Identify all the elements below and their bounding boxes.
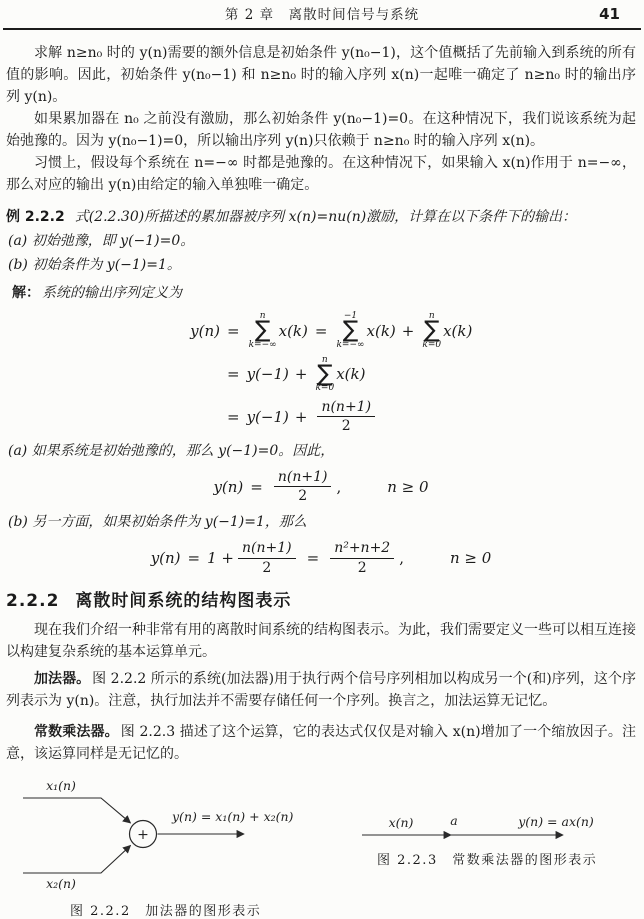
- page-header: 第 2 章 离散时间信号与系统 41: [0, 0, 644, 26]
- sum-argument: x(k): [367, 322, 396, 340]
- summation-symbol: n ∑ k=0: [422, 312, 441, 350]
- initial-term: y(−1): [247, 365, 289, 383]
- fraction: n²+n+2 2: [330, 540, 394, 575]
- equation-line-1: y(n) = n ∑ k=−∞ x(k) = −1 ∑ k=−∞ x(k) + …: [178, 312, 636, 350]
- example-intro: 式(2.2.30)所描述的累加器被序列 x(n)=nu(n)激励，计算在以下条件…: [75, 209, 576, 225]
- equals-sign: =: [250, 478, 263, 496]
- chapter-title: 第 2 章 离散时间信号与系统: [225, 7, 419, 23]
- solution-intro: 系统的输出序列定义为: [42, 285, 182, 301]
- equation-accumulator: y(n) = n ∑ k=−∞ x(k) = −1 ∑ k=−∞ x(k) + …: [178, 312, 636, 434]
- fraction-denominator: 2: [330, 558, 394, 576]
- eq-lhs: y(n): [178, 322, 220, 340]
- paragraph-initially-relaxed: 如果累加器在 n₀ 之前没有激励，那么初始条件 y(n₀−1)=0。在这种情况下…: [6, 108, 636, 152]
- paragraph-multiplier: 常数乘法器。图 2.2.3 描述了这个运算，它的表达式仅仅是对输入 x(n)增加…: [6, 721, 636, 765]
- equals-sign: =: [315, 322, 328, 340]
- sum-argument: x(k): [279, 322, 308, 340]
- fraction-numerator: n(n+1): [274, 469, 332, 486]
- sigma-glyph: ∑: [424, 321, 440, 341]
- page-content: 求解 n≥n₀ 时的 y(n)需要的额外信息是初始条件 y(n₀−1)，这个值概…: [0, 30, 644, 765]
- equals-sign: =: [227, 408, 240, 426]
- comma: ,: [336, 478, 341, 496]
- sum-argument: x(k): [336, 365, 365, 383]
- section-title: 离散时间系统的结构图表示: [75, 590, 291, 612]
- plus-icon: +: [137, 827, 149, 843]
- summation-symbol: n ∑ k=−∞: [249, 312, 277, 350]
- eq-lhs: y(n): [151, 549, 181, 567]
- equation-case-b: y(n) = 1 + n(n+1) 2 = n²+n+2 2 , n ≥ 0: [6, 540, 636, 575]
- example-item-a: (a) 初始弛豫，即 y(−1)=0。: [8, 230, 636, 252]
- sum-lower-limit: k=0: [422, 341, 441, 350]
- plus-sign: +: [295, 365, 308, 383]
- sum-lower-limit: k=0: [315, 384, 334, 393]
- sigma-glyph: ∑: [317, 365, 333, 385]
- comma: ,: [399, 549, 404, 567]
- equation-line-2: = y(−1) + n ∑ k=0 x(k): [178, 356, 636, 394]
- fraction-numerator: n(n+1): [238, 540, 296, 557]
- summation-symbol: n ∑ k=0: [315, 356, 334, 394]
- adder-input2-label: x₂(n): [46, 876, 76, 891]
- sum-lower-limit: k=−∞: [336, 341, 364, 350]
- plus-sign: +: [295, 408, 308, 426]
- example-item-b: (b) 初始条件为 y(−1)=1。: [8, 254, 636, 276]
- sigma-glyph: ∑: [255, 321, 271, 341]
- equals-sign: =: [227, 365, 240, 383]
- fraction-denominator: 2: [317, 416, 375, 434]
- summation-symbol: −1 ∑ k=−∞: [336, 312, 364, 350]
- equals-sign: =: [307, 549, 320, 567]
- multiplier-diagram: x(n) a y(n) = ax(n): [340, 800, 640, 848]
- adder-output-label: y(n) = x₁(n) + x₂(n): [171, 809, 294, 824]
- equation-line-3: = y(−1) + n(n+1) 2: [178, 399, 636, 434]
- figures-area: x₁(n) + y(n) = x₁(n) + x₂(n) x₂(n) 图 2.2…: [0, 775, 644, 919]
- eq-lhs: y(n): [213, 478, 243, 496]
- fraction-denominator: 2: [238, 558, 296, 576]
- paragraph-structure-intro: 现在我们介绍一种非常有用的离散时间系统的结构图表示。为此，我们需要定义一些可以相…: [6, 619, 636, 663]
- multiplier-figure-caption: 图 2.2.3 常数乘法器的图形表示: [377, 850, 597, 872]
- adder-diagram: x₁(n) + y(n) = x₁(n) + x₂(n) x₂(n): [8, 775, 320, 903]
- fraction-numerator: n²+n+2: [330, 540, 394, 557]
- paragraph-convention: 习惯上，假设每个系统在 n=−∞ 时都是弛豫的。在这种情况下，如果输入 x(n)…: [6, 152, 636, 196]
- adder-figure-caption: 图 2.2.2 加法器的图形表示: [70, 901, 261, 919]
- fraction: n(n+1) 2: [317, 399, 375, 434]
- fraction-numerator: n(n+1): [317, 399, 375, 416]
- case-b-text: (b) 另一方面，如果初始条件为 y(−1)=1，那么: [8, 511, 636, 533]
- adder-input1-arrow: [23, 798, 131, 823]
- multiplier-output-label: y(n) = ax(n): [517, 814, 594, 829]
- adder-input1-label: x₁(n): [46, 778, 76, 793]
- solution-line: 解：系统的输出序列定义为: [12, 282, 636, 304]
- paragraph-adder: 加法器。图 2.2.2 所示的系统(加法器)用于执行两个信号序列相加以构成另一个…: [6, 668, 636, 712]
- section-heading: 2.2.2 离散时间系统的结构图表示: [6, 590, 636, 612]
- example-label: 例 2.2.2: [6, 209, 65, 225]
- fraction: n(n+1) 2: [274, 469, 332, 504]
- equals-sign: =: [227, 322, 240, 340]
- multiplier-gain-label: a: [450, 813, 457, 828]
- paragraph-initial-condition: 求解 n≥n₀ 时的 y(n)需要的额外信息是初始条件 y(n₀−1)，这个值概…: [6, 42, 636, 108]
- sigma-glyph: ∑: [343, 321, 359, 341]
- adder-term-text: 图 2.2.2 所示的系统(加法器)用于执行两个信号序列相加以构成另一个(和)序…: [6, 671, 636, 709]
- equals-sign: =: [188, 549, 201, 567]
- condition: n ≥ 0: [387, 478, 428, 496]
- page-number: 41: [599, 3, 620, 25]
- equation-case-a: y(n) = n(n+1) 2 , n ≥ 0: [6, 469, 636, 504]
- multiplier-term-label: 常数乘法器。: [34, 724, 119, 740]
- adder-term-label: 加法器。: [34, 671, 90, 687]
- section-number: 2.2.2: [6, 590, 59, 612]
- case-a-text: (a) 如果系统是初始弛豫的，那么 y(−1)=0。因此，: [8, 440, 636, 462]
- example-statement: 例 2.2.2式(2.2.30)所描述的累加器被序列 x(n)=nu(n)激励，…: [6, 206, 636, 228]
- sum-lower-limit: k=−∞: [249, 341, 277, 350]
- fraction: n(n+1) 2: [238, 540, 296, 575]
- fraction-denominator: 2: [274, 486, 332, 504]
- multiplier-input-label: x(n): [389, 815, 414, 830]
- sum-argument: x(k): [443, 322, 472, 340]
- condition: n ≥ 0: [450, 549, 491, 567]
- adder-input2-arrow: [23, 846, 131, 874]
- textbook-page: 第 2 章 离散时间信号与系统 41 求解 n≥n₀ 时的 y(n)需要的额外信…: [0, 0, 644, 919]
- initial-term: y(−1): [247, 408, 289, 426]
- solution-label: 解：: [12, 285, 40, 301]
- plus-sign: +: [402, 322, 415, 340]
- constant-term: 1 +: [207, 549, 234, 567]
